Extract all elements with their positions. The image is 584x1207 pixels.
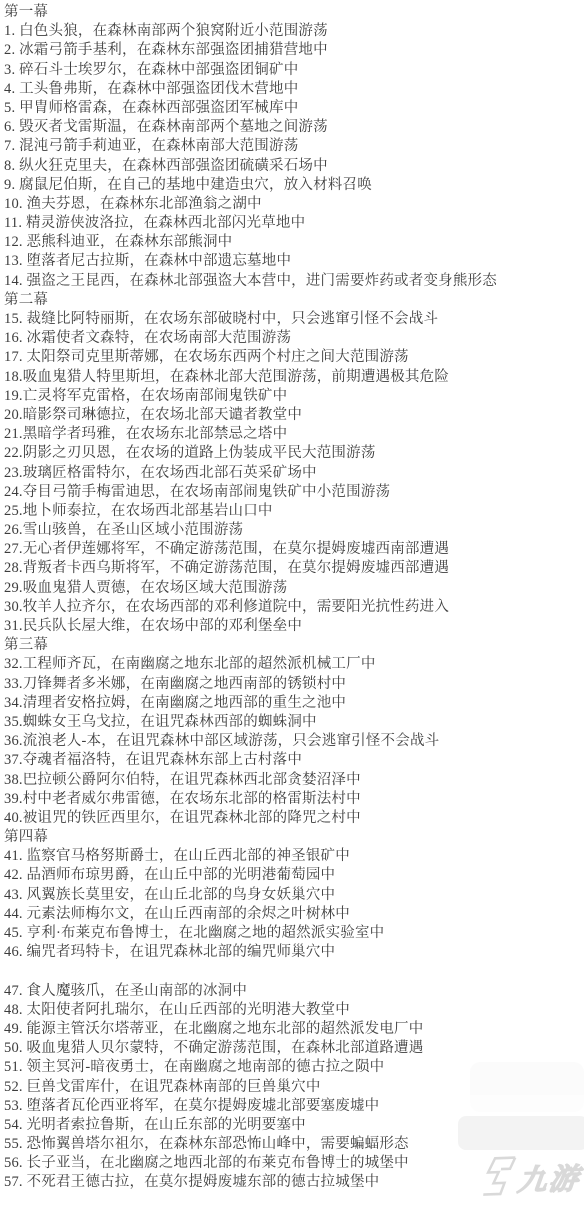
- boss-entry: 40.被诅咒的铁匠西里尔，在诅咒森林北部的降咒之村中: [4, 809, 584, 828]
- boss-entry: 41. 监察官马格努斯爵士，在山丘西北部的神圣银矿中: [4, 847, 584, 866]
- boss-entry: 30.牧羊人拉齐尔，在农场西部的邓利修道院中，需要阳光抗性药进入: [4, 598, 584, 617]
- boss-entry: 23.玻璃匠格雷特尔，在农场西北部石英采矿场中: [4, 464, 584, 483]
- boss-entry: 33.刀锋舞者多米娜，在南幽腐之地西南部的锈锁村中: [4, 675, 584, 694]
- boss-entry: 9. 腐鼠尼伯斯，在自己的基地中建造虫穴，放入材料召唤: [4, 176, 584, 195]
- boss-entry: 47. 食人魔骇爪，在圣山南部的冰洞中: [4, 982, 584, 1001]
- boss-entry: 6. 毁灭者戈雷斯温，在森林南部两个墓地之间游荡: [4, 118, 584, 137]
- boss-entry: 7. 混沌弓箭手莉迪亚，在森林南部大范围游荡: [4, 137, 584, 156]
- boss-entry: 29.吸血鬼猎人贾德，在农场区域大范围游荡: [4, 579, 584, 598]
- watermark-backdrop: [458, 1116, 584, 1150]
- boss-entry: 32.工程师齐瓦，在南幽腐之地东北部的超然派机械工厂中: [4, 655, 584, 674]
- boss-entry: 44. 元素法师梅尔文，在山丘西南部的余烬之叶树林中: [4, 905, 584, 924]
- boss-entry: 21.黑暗学者玛雅，在农场东北部禁忌之塔中: [4, 425, 584, 444]
- boss-entry: 37.夺魂者福洛特，在诅咒森林东部上古村落中: [4, 751, 584, 770]
- boss-entry: 22.阴影之刃贝恩，在农场的道路上伪装成平民大范围游荡: [4, 444, 584, 463]
- boss-entry: 31.民兵队长屋大维，在农场中部的邓利堡垒中: [4, 617, 584, 636]
- boss-entry: 13. 堕落者尼古拉斯，在森林中部遗忘墓地中: [4, 252, 584, 271]
- boss-entry: 12. 恶熊科迪亚，在森林东部熊洞中: [4, 233, 584, 252]
- boss-entry: 26.雪山骇兽，在圣山区域小范围游荡: [4, 521, 584, 540]
- boss-entry: 16. 冰霜使者文森特，在农场南部大范围游荡: [4, 329, 584, 348]
- boss-entry: 38.巴拉顿公爵阿尔伯特，在诅咒森林西北部贪婪沼泽中: [4, 771, 584, 790]
- boss-entry: 18.吸血鬼猎人特里斯坦，在森林北部大范围游荡，前期遭遇极其危险: [4, 368, 584, 387]
- boss-entry: 11. 精灵游侠波洛拉，在森林西北部闪光草地中: [4, 214, 584, 233]
- boss-list-document: 第一幕1. 白色头狼，在森林南部两个狼窝附近小范围游荡2. 冰霜弓箭手基利，在森…: [4, 3, 584, 1193]
- act-heading: 第三幕: [4, 636, 584, 655]
- boss-entry: 43. 风翼族长莫里安，在山丘北部的鸟身女妖巢穴中: [4, 886, 584, 905]
- boss-entry: 49. 能源主管沃尔塔蒂亚，在北幽腐之地东北部的超然派发电厂中: [4, 1020, 584, 1039]
- boss-entry: 48. 太阳使者阿扎瑞尔，在山丘西部的光明港大教堂中: [4, 1001, 584, 1020]
- boss-entry: 25.地卜师泰拉，在农场西北部基岩山口中: [4, 502, 584, 521]
- boss-entry: 2. 冰霜弓箭手基利，在森林东部强盗团捕猎营地中: [4, 41, 584, 60]
- boss-entry: 42. 品酒师布琼男爵，在山丘中部的光明港葡萄园中: [4, 866, 584, 885]
- watermark-brand-text: 九游: [516, 1156, 583, 1199]
- boss-entry: 28.背叛者卡西乌斯将军，不确定游荡范围，在莫尔提姆废墟西部遭遇: [4, 559, 584, 578]
- boss-entry: 15. 裁缝比阿特丽斯，在农场东部破晓村中，只会逃窜引怪不会战斗: [4, 310, 584, 329]
- watermark: 九游: [477, 1152, 583, 1204]
- boss-entry: 20.暗影祭司琳德拉，在农场北部天谴者教堂中: [4, 406, 584, 425]
- act-heading: 第二幕: [4, 291, 584, 310]
- boss-entry: 45. 亨利·布莱克布鲁博士，在北幽腐之地的超然派实验室中: [4, 924, 584, 943]
- 9game-g-logo-icon: [477, 1155, 518, 1205]
- blank-line: [4, 962, 584, 981]
- boss-entry: 34.清理者安格拉姆，在南幽腐之地西部的重生之池中: [4, 694, 584, 713]
- boss-entry: 4. 工头鲁弗斯，在森林中部强盗团伐木营地中: [4, 80, 584, 99]
- boss-entry: 36.流浪老人-本，在诅咒森林中部区域游荡，只会逃窜引怪不会战斗: [4, 732, 584, 751]
- boss-entry: 1. 白色头狼，在森林南部两个狼窝附近小范围游荡: [4, 22, 584, 41]
- boss-entry: 27.无心者伊莲娜将军，不确定游荡范围，在莫尔提姆废墟西南部遭遇: [4, 540, 584, 559]
- boss-entry: 8. 纵火狂克里夫，在森林西部强盗团硫磺采石场中: [4, 157, 584, 176]
- boss-entry: 5. 甲胄师格雷森，在森林西部强盗团军械库中: [4, 99, 584, 118]
- boss-entry: 39.村中老者威尔弗雷德，在农场东北部的格雷斯法村中: [4, 790, 584, 809]
- act-heading: 第一幕: [4, 3, 584, 22]
- boss-entry: 3. 碎石斗士埃罗尔，在森林中部强盗团铜矿中: [4, 61, 584, 80]
- boss-entry: 14. 强盗之王昆西，在森林北部强盗大本营中，进门需要炸药或者变身熊形态: [4, 272, 584, 291]
- boss-entry: 10. 渔夫芬恩，在森林东北部渔翁之湖中: [4, 195, 584, 214]
- act-heading: 第四幕: [4, 828, 584, 847]
- boss-entry: 19.亡灵将军克雷格，在农场南部闹鬼铁矿中: [4, 387, 584, 406]
- boss-entry: 50. 吸血鬼猎人贝尔蒙特，不确定游荡范围，在森林北部道路遭遇: [4, 1039, 584, 1058]
- boss-entry: 24.夺目弓箭手梅雷迪思，在农场南部闹鬼铁矿中小范围游荡: [4, 483, 584, 502]
- boss-entry: 46. 编咒者玛特卡，在诅咒森林北部的编咒师巢穴中: [4, 943, 584, 962]
- boss-entry: 35.蜘蛛女王乌戈拉，在诅咒森林西部的蜘蛛洞中: [4, 713, 584, 732]
- boss-entry: 17. 太阳祭司克里斯蒂娜，在农场东西两个村庄之间大范围游荡: [4, 348, 584, 367]
